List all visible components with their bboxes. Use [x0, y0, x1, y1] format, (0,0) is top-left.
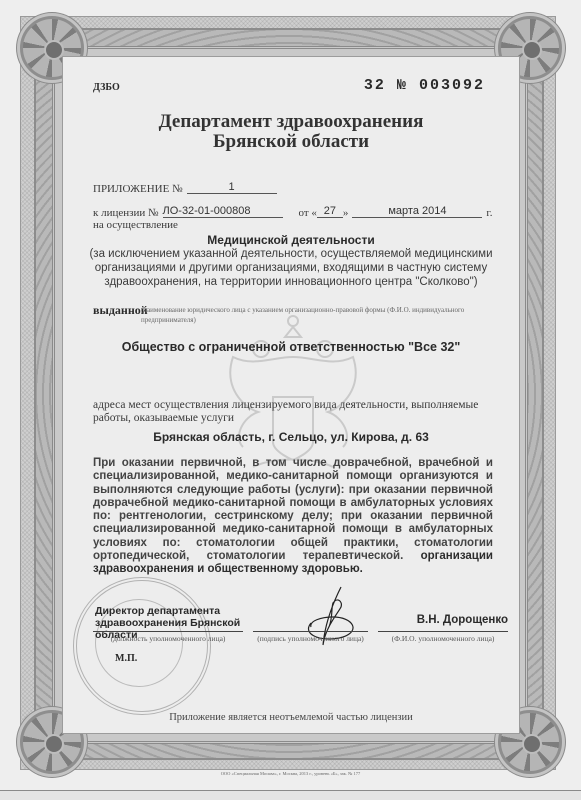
- address-value: Брянская область, г. Сельцо, ул. Кирова,…: [63, 430, 519, 444]
- appendix-note: Приложение является неотъемлемой частью …: [63, 712, 519, 723]
- scan-bottom-edge: [0, 790, 581, 800]
- form-number-value: 003092: [419, 77, 485, 94]
- caption-position: (должность уполномоченного лица): [93, 634, 243, 643]
- date-year-suffix: г.: [486, 207, 492, 219]
- date-from-label: от «: [299, 207, 317, 219]
- certificate-content: ДЗБО 32 № 003092 Департамент здравоохран…: [62, 56, 520, 734]
- address-label: адреса мест осуществления лицензируемого…: [93, 399, 493, 425]
- series-code: ДЗБО: [93, 82, 120, 93]
- works-text: При оказании первичной, в том числе довр…: [93, 457, 493, 562]
- date-close-quote: »: [343, 207, 349, 219]
- organization-name: Общество с ограниченной ответственностью…: [63, 340, 519, 354]
- number-sign: №: [397, 77, 408, 94]
- official-seal-icon: [73, 577, 211, 715]
- caption-name: (Ф.И.О. уполномоченного лица): [378, 634, 508, 643]
- form-number: 32 № 003092: [364, 77, 485, 94]
- appendix-label: ПРИЛОЖЕНИЕ №: [93, 183, 183, 195]
- signature-line-position: [93, 631, 243, 632]
- appendix-number-line: ПРИЛОЖЕНИЕ № 1: [93, 177, 277, 195]
- form-series: 32: [364, 77, 386, 94]
- license-number: ЛО-32-01-000808: [163, 205, 283, 218]
- signature-line-name: [378, 631, 508, 632]
- signature-line-signature: [253, 631, 368, 632]
- activity-note: (за исключением указанной деятельности, …: [69, 247, 513, 289]
- date-month-year: марта 2014: [352, 205, 482, 218]
- issuer-line-1: Департамент здравоохранения: [63, 112, 519, 132]
- license-reference-line: к лицензии № ЛО-32-01-000808 от «27» мар…: [93, 201, 513, 219]
- issuer-line-2: Брянской области: [63, 132, 519, 152]
- appendix-number: 1: [187, 181, 277, 194]
- activity-title: Медицинской деятельности: [63, 233, 519, 247]
- activity-label: на осуществление: [93, 219, 178, 231]
- license-label: к лицензии №: [93, 207, 159, 219]
- seal-mark: М.П.: [115, 653, 137, 664]
- works-and-services: При оказании первичной, в том числе довр…: [93, 457, 493, 577]
- printer-imprint: ООО «Специальная Москва», г. Москва, 201…: [0, 771, 581, 776]
- issued-hint: (наименование юридического лица с указан…: [141, 305, 501, 325]
- signatory-name: В.Н. Дорощенко: [378, 614, 508, 626]
- date-day: 27: [317, 205, 343, 218]
- issued-label: выданной: [93, 303, 148, 318]
- certificate-paper: ДЗБО 32 № 003092 Департамент здравоохран…: [0, 0, 581, 790]
- issuer-title: Департамент здравоохранения Брянской обл…: [63, 112, 519, 152]
- caption-signature: (подпись уполномоченного лица): [253, 634, 368, 643]
